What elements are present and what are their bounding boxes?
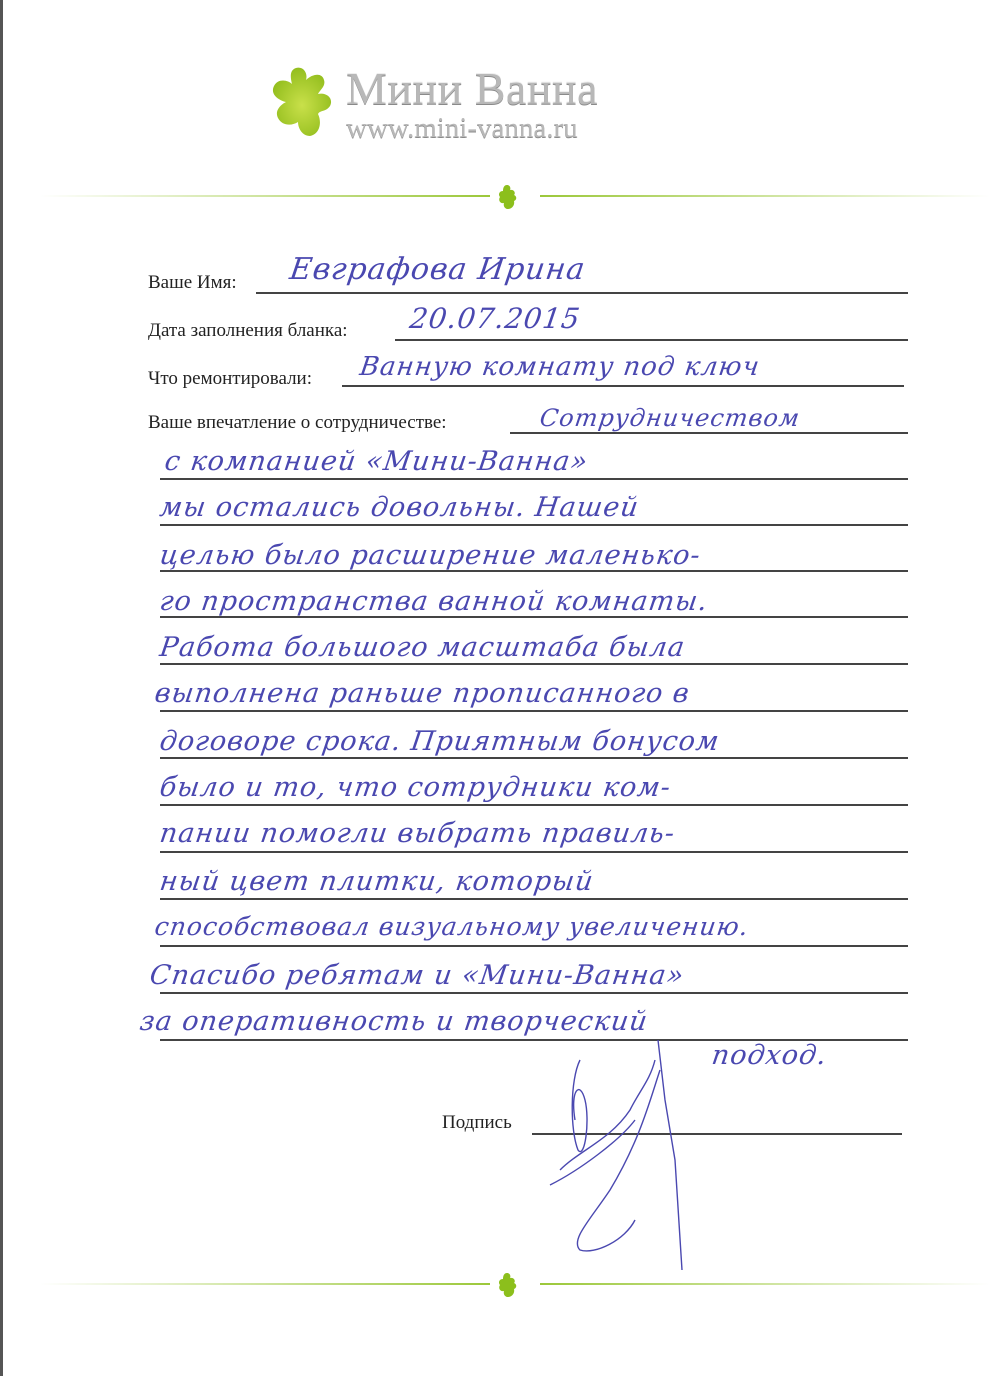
impression-line-11 (160, 945, 908, 947)
impression-line-10 (160, 898, 908, 900)
impression-text: с компанией «Мини-Ванна» (163, 446, 590, 477)
impression-label: Ваше впечатление о сотрудничестве: (148, 412, 447, 434)
impression-line-0 (510, 432, 908, 434)
scan-edge (0, 0, 3, 1376)
date-label: Дата заполнения бланка: (148, 320, 348, 342)
impression-text: мы остались довольны. Нашей (158, 492, 641, 523)
name-value: Евграфова Ирина (288, 252, 588, 287)
impression-line-7 (160, 757, 908, 759)
impression-line-12 (160, 992, 908, 994)
impression-text: целью было расширение маленько- (158, 540, 703, 571)
name-label: Ваше Имя: (148, 272, 237, 294)
impression-text: Спасибо ребятам и «Мини-Ванна» (148, 960, 687, 991)
date-line (395, 339, 908, 341)
impression-line-9 (160, 851, 908, 853)
bottom-divider (20, 1274, 980, 1294)
brand-name: Мини Ванна (346, 62, 598, 115)
repaired-line (342, 385, 904, 387)
impression-line-6 (160, 710, 908, 712)
impression-text: договоре срока. Приятным бонусом (158, 726, 722, 757)
impression-line-2 (160, 524, 908, 526)
repaired-value: Ванную комнату под ключ (358, 352, 762, 382)
impression-text: пании помогли выбрать правиль- (158, 818, 677, 849)
leaf-icon (495, 1272, 521, 1298)
top-divider (20, 186, 980, 206)
impression-line-1 (160, 478, 908, 480)
brand-logo: Мини Ванна www.mini-vanna.ru (266, 64, 686, 154)
leaf-icon (266, 64, 340, 138)
name-line (256, 292, 908, 294)
signature-label: Подпись (442, 1112, 512, 1134)
impression-text: го пространства ванной комнаты. (158, 586, 710, 617)
impression-line-5 (160, 663, 908, 665)
repaired-label: Что ремонтировали: (148, 368, 312, 390)
brand-url: www.mini-vanna.ru (346, 112, 578, 145)
impression-text: Сотрудничеством (538, 404, 802, 432)
leaf-icon (495, 184, 521, 210)
impression-text: за оперативность и творческий (138, 1006, 650, 1037)
impression-text: способствовал визуальному увеличению. (153, 912, 751, 941)
date-value: 20.07.2015 (408, 302, 583, 335)
impression-text: ный цвет плитки, который (158, 866, 596, 897)
impression-text: выполнена раньше прописанного в (153, 678, 692, 709)
impression-text: Работа большого масштаба была (158, 632, 687, 663)
signature-scribble (540, 1040, 760, 1270)
impression-text: было и то, что сотрудники ком- (158, 772, 673, 803)
impression-line-8 (160, 804, 908, 806)
